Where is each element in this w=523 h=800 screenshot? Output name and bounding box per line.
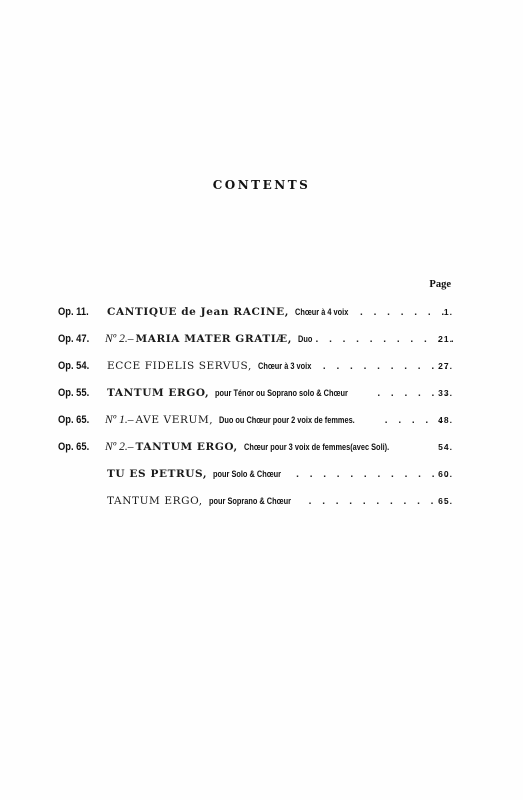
page-number: 27. (438, 361, 453, 371)
piece-title: TANTUM ERGO, (107, 495, 203, 507)
toc-entry[interactable]: TANTUM ERGO, pour Soprano & Chœur . . . … (0, 495, 523, 513)
piece-title: CANTIQUE de Jean RACINE, (107, 306, 289, 318)
piece-description: pour Soprano & Chœur (209, 496, 291, 506)
page-number: 60. (438, 469, 453, 479)
document-page: CONTENTS Page Op. 11. CANTIQUE de Jean R… (0, 0, 523, 800)
piece-description: Chœur pour 3 voix de femmes(avec Soli). (244, 442, 389, 452)
piece-number: Nº 1.– (105, 414, 134, 426)
toc-entry[interactable]: Op. 55. TANTUM ERGO, pour Ténor ou Sopra… (0, 387, 523, 405)
piece-description: Chœur à 4 voix (295, 307, 348, 317)
contents-heading: CONTENTS (0, 178, 523, 192)
piece-title: MARIA MATER GRATIÆ, (136, 333, 293, 345)
piece-description: Duo (298, 334, 312, 344)
dot-leader: . . . . . . . . . . . . . . . . . . . . … (323, 361, 453, 372)
piece-number: Nº 2.– (105, 441, 134, 453)
page-number: 33. (438, 388, 453, 398)
dot-leader: . . . . . . . . . . . . . . . . . . . . … (296, 469, 453, 480)
page-number: 48. (438, 415, 453, 425)
page-number: 1. (444, 307, 453, 317)
piece-description: Chœur à 3 voix (258, 361, 311, 371)
dot-leader: . . . . . . . . . . . . . . . . . . . . … (309, 496, 453, 507)
opus-number: Op. 54. (58, 360, 89, 372)
toc-entry[interactable]: Op. 65. Nº 1.– AVE VERUM, Duo ou Chœur p… (0, 414, 523, 432)
piece-description: pour Solo & Chœur (213, 469, 281, 479)
toc-entry[interactable]: TU ES PETRUS, pour Solo & Chœur . . . . … (0, 468, 523, 486)
piece-title: ECCE FIDELIS SERVUS, (107, 360, 252, 372)
opus-number: Op. 55. (58, 387, 89, 399)
piece-title: TANTUM ERGO, (107, 387, 209, 399)
page-number: 65. (438, 496, 453, 506)
toc-entry[interactable]: Op. 11. CANTIQUE de Jean RACINE, Chœur à… (0, 306, 523, 324)
dot-leader: . . . . . . . . . . . . . . . . . . . . … (316, 334, 453, 345)
page-column-label: Page (429, 279, 451, 290)
opus-number: Op. 65. (58, 414, 89, 426)
dot-leader: . . . . . . . . . . . . . . . . . . . . … (360, 307, 453, 318)
opus-number: Op. 11. (58, 306, 89, 318)
piece-title: AVE VERUM, (136, 414, 214, 426)
opus-number: Op. 47. (58, 333, 89, 345)
piece-title: TANTUM ERGO, (136, 441, 238, 453)
toc-entry[interactable]: Op. 54. ECCE FIDELIS SERVUS, Chœur à 3 v… (0, 360, 523, 378)
toc-entry[interactable]: Op. 47. Nº 2.– MARIA MATER GRATIÆ, Duo .… (0, 333, 523, 351)
opus-number: Op. 65. (58, 441, 89, 453)
page-number: 54. (438, 442, 453, 452)
piece-number: Nº 2.– (105, 333, 134, 345)
toc-entry[interactable]: Op. 65. Nº 2.– TANTUM ERGO, Chœur pour 3… (0, 441, 523, 459)
piece-description: pour Ténor ou Soprano solo & Chœur (215, 388, 348, 398)
page-number: 21. (438, 334, 453, 344)
piece-title: TU ES PETRUS, (107, 468, 207, 480)
piece-description: Duo ou Chœur pour 2 voix de femmes. (219, 415, 355, 425)
